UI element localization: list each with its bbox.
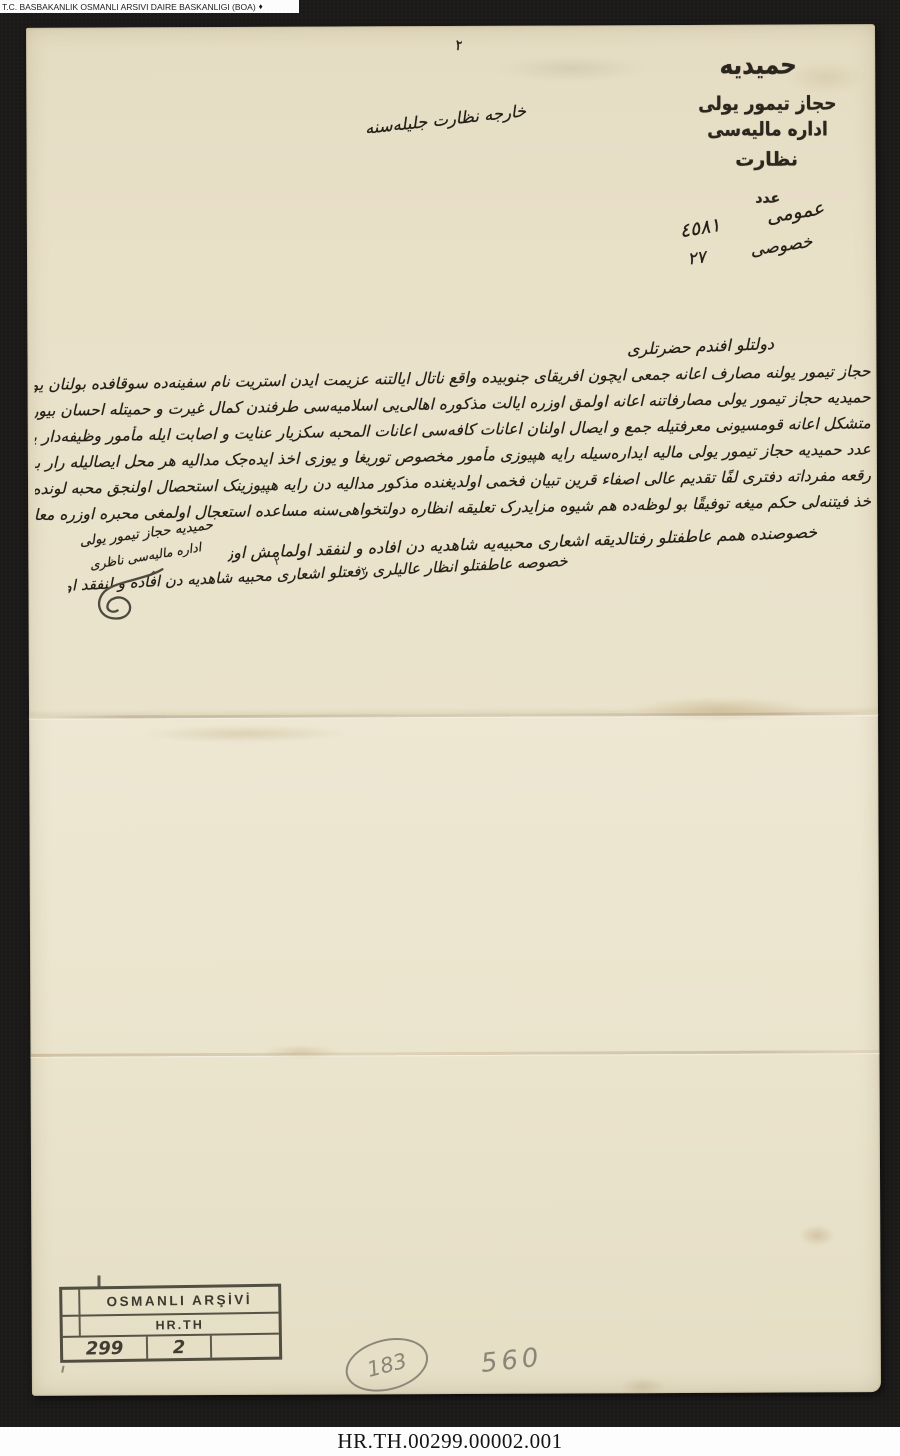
stain: [799, 1224, 835, 1246]
letterhead-subtitle: نظارت: [725, 148, 809, 170]
diamond-icon: ♦: [259, 2, 263, 11]
hususi-value: ٢٧: [686, 247, 707, 269]
stamp-empty-cell: [62, 1290, 80, 1315]
letterhead-brand: حمیدیه: [712, 51, 804, 81]
fold-crease-lower: [30, 1050, 879, 1057]
scanned-archive-page: T.C. BASBAKANLIK OSMANLI ARSIVI DAIRE BA…: [0, 0, 900, 1456]
circled-folio-number: 183: [340, 1330, 434, 1400]
letterhead-title: حجاز تیمور یولی اداره مالیه‌سی: [694, 92, 840, 144]
stamp-empty-cell: [63, 1317, 81, 1336]
stain: [629, 696, 809, 721]
stamp-fond-code: HR.TH: [81, 1314, 279, 1336]
pencil-number: 560: [479, 1342, 544, 1379]
stamp-dosya-number: 299: [63, 1337, 148, 1360]
stamp-gomlek-number: 2: [148, 1336, 212, 1359]
stamp-registration-tick: [97, 1276, 100, 1287]
stray-stamp-mark: [61, 1366, 64, 1373]
circled-folio-number-text: 183: [364, 1348, 409, 1381]
archive-header-text: T.C. BASBAKANLIK OSMANLI ARSIVI DAIRE BA…: [2, 2, 256, 12]
document-paper: ٢ خارجه نظارت جلیله‌سنه حمیدیه حجاز تیمو…: [26, 24, 881, 1396]
reference-code-text: HR.TH.00299.00002.001: [337, 1429, 562, 1454]
stain: [620, 1377, 666, 1395]
stain: [260, 1044, 340, 1058]
signature-flourish: [80, 565, 184, 627]
archive-header-bar: T.C. BASBAKANLIK OSMANLI ARSIVI DAIRE BA…: [0, 0, 299, 13]
stamp-number-row: 299 2: [63, 1335, 279, 1360]
stamp-title: OSMANLI ARŞİVİ: [80, 1287, 278, 1315]
reference-code-bar: HR.TH.00299.00002.001: [0, 1427, 900, 1456]
stamp-empty-number-cell: [212, 1335, 279, 1358]
archive-stamp: OSMANLI ARŞİVİ HR.TH 299 2: [59, 1284, 282, 1363]
stamp-title-row: OSMANLI ARŞİVİ: [62, 1287, 278, 1317]
stain: [139, 724, 349, 743]
